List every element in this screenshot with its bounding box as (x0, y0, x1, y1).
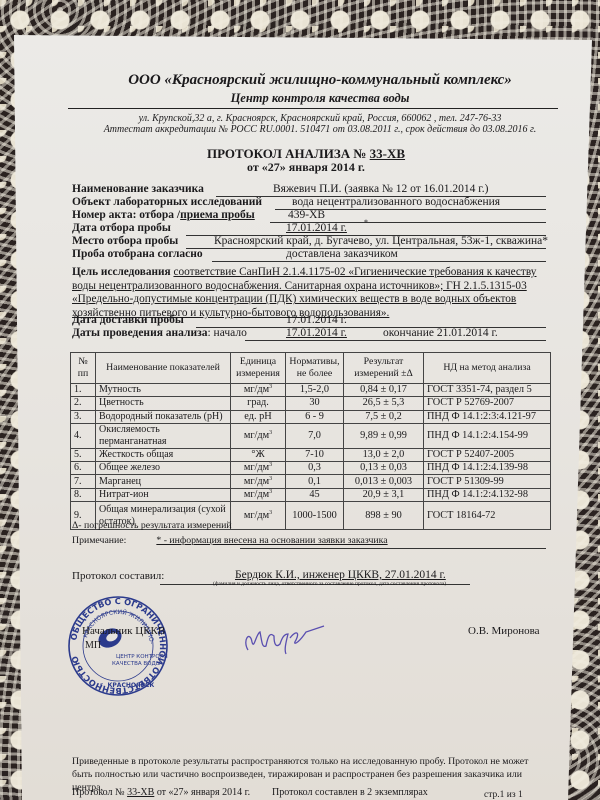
cell-method: ГОСТ Р 52407-2005 (424, 448, 551, 461)
footer-protocol-date: от «27» января 2014 г. (154, 787, 250, 798)
table-row: 3.Водородный показатель (рН)ед. рН6 - 97… (71, 410, 551, 423)
field-customer: Наименование заказчика Вяжевич П.И. (зая… (72, 183, 204, 195)
unit-text: мг/дм (244, 462, 269, 473)
svg-text:г. КРАСНОЯРСК: г. КРАСНОЯРСК (100, 682, 154, 689)
cell-method: ПНД Ф 14.1:2:4.139-98 (424, 462, 551, 475)
address: ул. Крупской,32 а, г. Красноярск, Красно… (0, 113, 600, 124)
unit-superscript: 3 (269, 430, 272, 436)
field-sampling-date: Дата отбора пробы 17.01.2014 г. * (72, 222, 171, 234)
note-label: Примечание: (72, 535, 126, 546)
unit-text: мг/дм (244, 476, 269, 487)
table-row: 7.Марганецмг/дм30,10,013 ± 0,003ГОСТ Р 5… (71, 475, 551, 488)
field-value: Вяжевич П.И. (заявка № 12 от 16.01.2014 … (273, 183, 488, 195)
composed-hint: (фамилия и должность лица, ответственног… (213, 581, 446, 587)
field-label: Место отбора пробы (72, 235, 178, 247)
underline (240, 548, 546, 549)
cell-number: 4. (71, 423, 96, 448)
cell-method: ПНД Ф 14.1:2:4.154-99 (424, 423, 551, 448)
cell-result: 9,89 ± 0,99 (344, 423, 424, 448)
footnote-mark: * (364, 218, 368, 227)
cell-number: 2. (71, 397, 96, 410)
footer-copies: Протокол составлен в 2 экземплярах (272, 787, 428, 798)
cell-norm: 1000-1500 (286, 502, 344, 530)
field-label: Дата доставки пробы (72, 314, 184, 326)
field-label: Номер акта: отбора / (72, 209, 180, 221)
svg-text:КАЧЕСТВА ВОДЫ: КАЧЕСТВА ВОДЫ (112, 661, 161, 667)
accreditation: Аттестат аккредитации № РОСС RU.0001. 51… (0, 124, 600, 135)
svg-text:ЦЕНТР КОНТРОЛЯ: ЦЕНТР КОНТРОЛЯ (116, 654, 168, 660)
cell-method: ПНД Ф 14.1:2:4.132-98 (424, 488, 551, 501)
cell-method: ПНД Ф 14.1:2:3:4.121-97 (424, 410, 551, 423)
cell-result: 898 ± 90 (344, 502, 424, 530)
cell-number: 3. (71, 410, 96, 423)
note-value: * - информация внесена на основании заяв… (126, 535, 387, 546)
cell-name: Марганец (96, 475, 231, 488)
cell-result: 0,013 ± 0,003 (344, 475, 424, 488)
start-label: : начало (207, 327, 246, 339)
cell-name: Цветность (96, 397, 231, 410)
unit-superscript: 3 (269, 462, 272, 468)
cell-name: Окисляемость перманганатная (96, 423, 231, 448)
table-row: 8.Нитрат-ионмг/дм34520,9 ± 3,1ПНД Ф 14.1… (71, 488, 551, 501)
title-prefix: ПРОТОКОЛ АНАЛИЗА № (207, 146, 370, 161)
cell-unit: град. (231, 397, 286, 410)
header-divider (68, 108, 558, 109)
field-value: 17.01.2014 г. (286, 314, 347, 326)
cell-number: 7. (71, 475, 96, 488)
cell-norm: 7,0 (286, 423, 344, 448)
cell-number: 5. (71, 448, 96, 461)
cell-norm: 30 (286, 397, 344, 410)
field-analysis-dates: Даты проведения анализа: начало 17.01.20… (72, 327, 247, 339)
seal-place: МП (85, 640, 101, 651)
field-value: вода нецентрализованного водоснабжения (292, 196, 500, 208)
cell-result: 0,84 ± 0,17 (344, 384, 424, 397)
official-stamp: ОБЩЕСТВО С ОГРАНИЧЕННОЙ ОТВЕТСТВЕННОСТЬЮ… (66, 594, 170, 698)
protocol-document: ООО «Красноярский жилищно-коммунальный к… (0, 0, 600, 800)
cell-number: 8. (71, 488, 96, 501)
field-value: 17.01.2014 г. (286, 222, 347, 234)
note: Примечание:* - информация внесена на осн… (72, 535, 388, 546)
field-delivery-date: Дата доставки пробы 17.01.2014 г. (72, 314, 184, 326)
head-label: Начальник ЦККВ (82, 625, 165, 637)
cell-norm: 6 - 9 (286, 410, 344, 423)
cell-norm: 0,3 (286, 462, 344, 475)
col-result: Результат измерений ±Δ (344, 353, 424, 384)
field-object: Объект лабораторных исследований вода не… (72, 196, 262, 208)
protocol-date: от «27» января 2014 г. (0, 160, 600, 175)
protocol-number: 33-ХВ (370, 146, 405, 161)
cell-result: 20,9 ± 3,1 (344, 488, 424, 501)
field-label: Даты проведения анализа (72, 327, 207, 339)
cell-norm: 0,1 (286, 475, 344, 488)
col-norm: Нормативы, не более (286, 353, 344, 384)
cell-norm: 45 (286, 488, 344, 501)
footer-protocol-ref: Протокол № 33-ХВ от «27» января 2014 г. (72, 787, 250, 798)
table-row: 5.Жесткость общая°Ж7-1013,0 ± 2,0ГОСТ Р … (71, 448, 551, 461)
table-footnote: Δ- погрешность результата измерений (72, 520, 232, 531)
organization-name: ООО «Красноярский жилищно-коммунальный к… (0, 72, 600, 89)
field-label: Цель исследования (72, 266, 171, 278)
cell-method: ГОСТ 3351-74, раздел 5 (424, 384, 551, 397)
col-number: № пп (71, 353, 96, 384)
cell-name: Нитрат-ион (96, 488, 231, 501)
underline (245, 340, 546, 341)
field-value: 439-ХВ (288, 209, 325, 221)
cell-result: 26,5 ± 5,3 (344, 397, 424, 410)
cell-number: 6. (71, 462, 96, 475)
cell-unit: ед. рН (231, 410, 286, 423)
field-label: Дата отбора пробы (72, 222, 171, 234)
unit-text: мг/дм (244, 384, 269, 395)
unit-superscript: 3 (269, 510, 272, 516)
cell-unit: мг/дм3 (231, 423, 286, 448)
field-label: Объект лабораторных исследований (72, 196, 262, 208)
cell-unit: мг/дм3 (231, 384, 286, 397)
cell-unit: °Ж (231, 448, 286, 461)
center-name: Центр контроля качества воды (0, 91, 600, 106)
unit-superscript: 3 (269, 489, 272, 495)
col-name: Наименование показателей (96, 353, 231, 384)
table-row: 1.Мутностьмг/дм31,5-2,00,84 ± 0,17ГОСТ 3… (71, 384, 551, 397)
field-value: доставлена заказчиком (286, 248, 398, 260)
table-header-row: № пп Наименование показателей Единица из… (71, 353, 551, 384)
cell-norm: 7-10 (286, 448, 344, 461)
field-taken-by: Проба отобрана согласно доставлена заказ… (72, 248, 203, 260)
field-value: Красноярский край, д. Бугачево, ул. Цент… (214, 235, 548, 247)
cell-method: ГОСТ 18164-72 (424, 502, 551, 530)
head-name: О.В. Миронова (468, 625, 540, 637)
cell-result: 0,13 ± 0,03 (344, 462, 424, 475)
field-act: Номер акта: отбора /приема пробы 439-ХВ (72, 209, 255, 221)
end-date: окончание 21.01.2014 г. (383, 327, 498, 339)
unit-text: мг/дм (244, 430, 269, 441)
signature (240, 620, 330, 660)
cell-result: 13,0 ± 2,0 (344, 448, 424, 461)
cell-unit: мг/дм3 (231, 502, 286, 530)
unit-superscript: 3 (269, 384, 272, 390)
field-place: Место отбора пробы Красноярский край, д.… (72, 235, 178, 247)
composed-label: Протокол составил: (72, 570, 164, 582)
col-method: НД на метод анализа (424, 353, 551, 384)
cell-number: 1. (71, 384, 96, 397)
footer-protocol-number: 33-ХВ (127, 787, 154, 798)
field-goal: Цель исследования соответствие СанПиН 2.… (72, 266, 542, 320)
table-row: 4.Окисляемость перманганатнаямг/дм37,09,… (71, 423, 551, 448)
unit-text: мг/дм (244, 510, 269, 521)
cell-result: 7,5 ± 0,2 (344, 410, 424, 423)
cell-method: ГОСТ Р 52769-2007 (424, 397, 551, 410)
cell-method: ГОСТ Р 51309-99 (424, 475, 551, 488)
page-number: стр.1 из 1 (484, 790, 523, 800)
footer-prefix: Протокол № (72, 787, 127, 798)
cell-name: Водородный показатель (рН) (96, 410, 231, 423)
underline (212, 261, 546, 262)
unit-superscript: 3 (269, 476, 272, 482)
field-label: Наименование заказчика (72, 183, 204, 195)
field-label: Проба отобрана согласно (72, 248, 203, 260)
cell-unit: мг/дм3 (231, 462, 286, 475)
address-block: ул. Крупской,32 а, г. Красноярск, Красно… (0, 113, 600, 135)
cell-unit: мг/дм3 (231, 475, 286, 488)
results-table: № пп Наименование показателей Единица из… (70, 352, 551, 530)
cell-unit: мг/дм3 (231, 488, 286, 501)
cell-name: Мутность (96, 384, 231, 397)
composed-value: Бердюк К.И., инженер ЦККВ, 27.01.2014 г. (235, 569, 446, 581)
unit-text: мг/дм (244, 489, 269, 500)
col-unit: Единица измерения (231, 353, 286, 384)
cell-name: Жесткость общая (96, 448, 231, 461)
cell-name: Общее железо (96, 462, 231, 475)
start-date: 17.01.2014 г. (286, 327, 347, 339)
field-label-underlined: приема пробы (180, 209, 255, 221)
cell-norm: 1,5-2,0 (286, 384, 344, 397)
table-row: 6.Общее железомг/дм30,30,13 ± 0,03ПНД Ф … (71, 462, 551, 475)
table-row: 2.Цветностьград.3026,5 ± 5,3ГОСТ Р 52769… (71, 397, 551, 410)
